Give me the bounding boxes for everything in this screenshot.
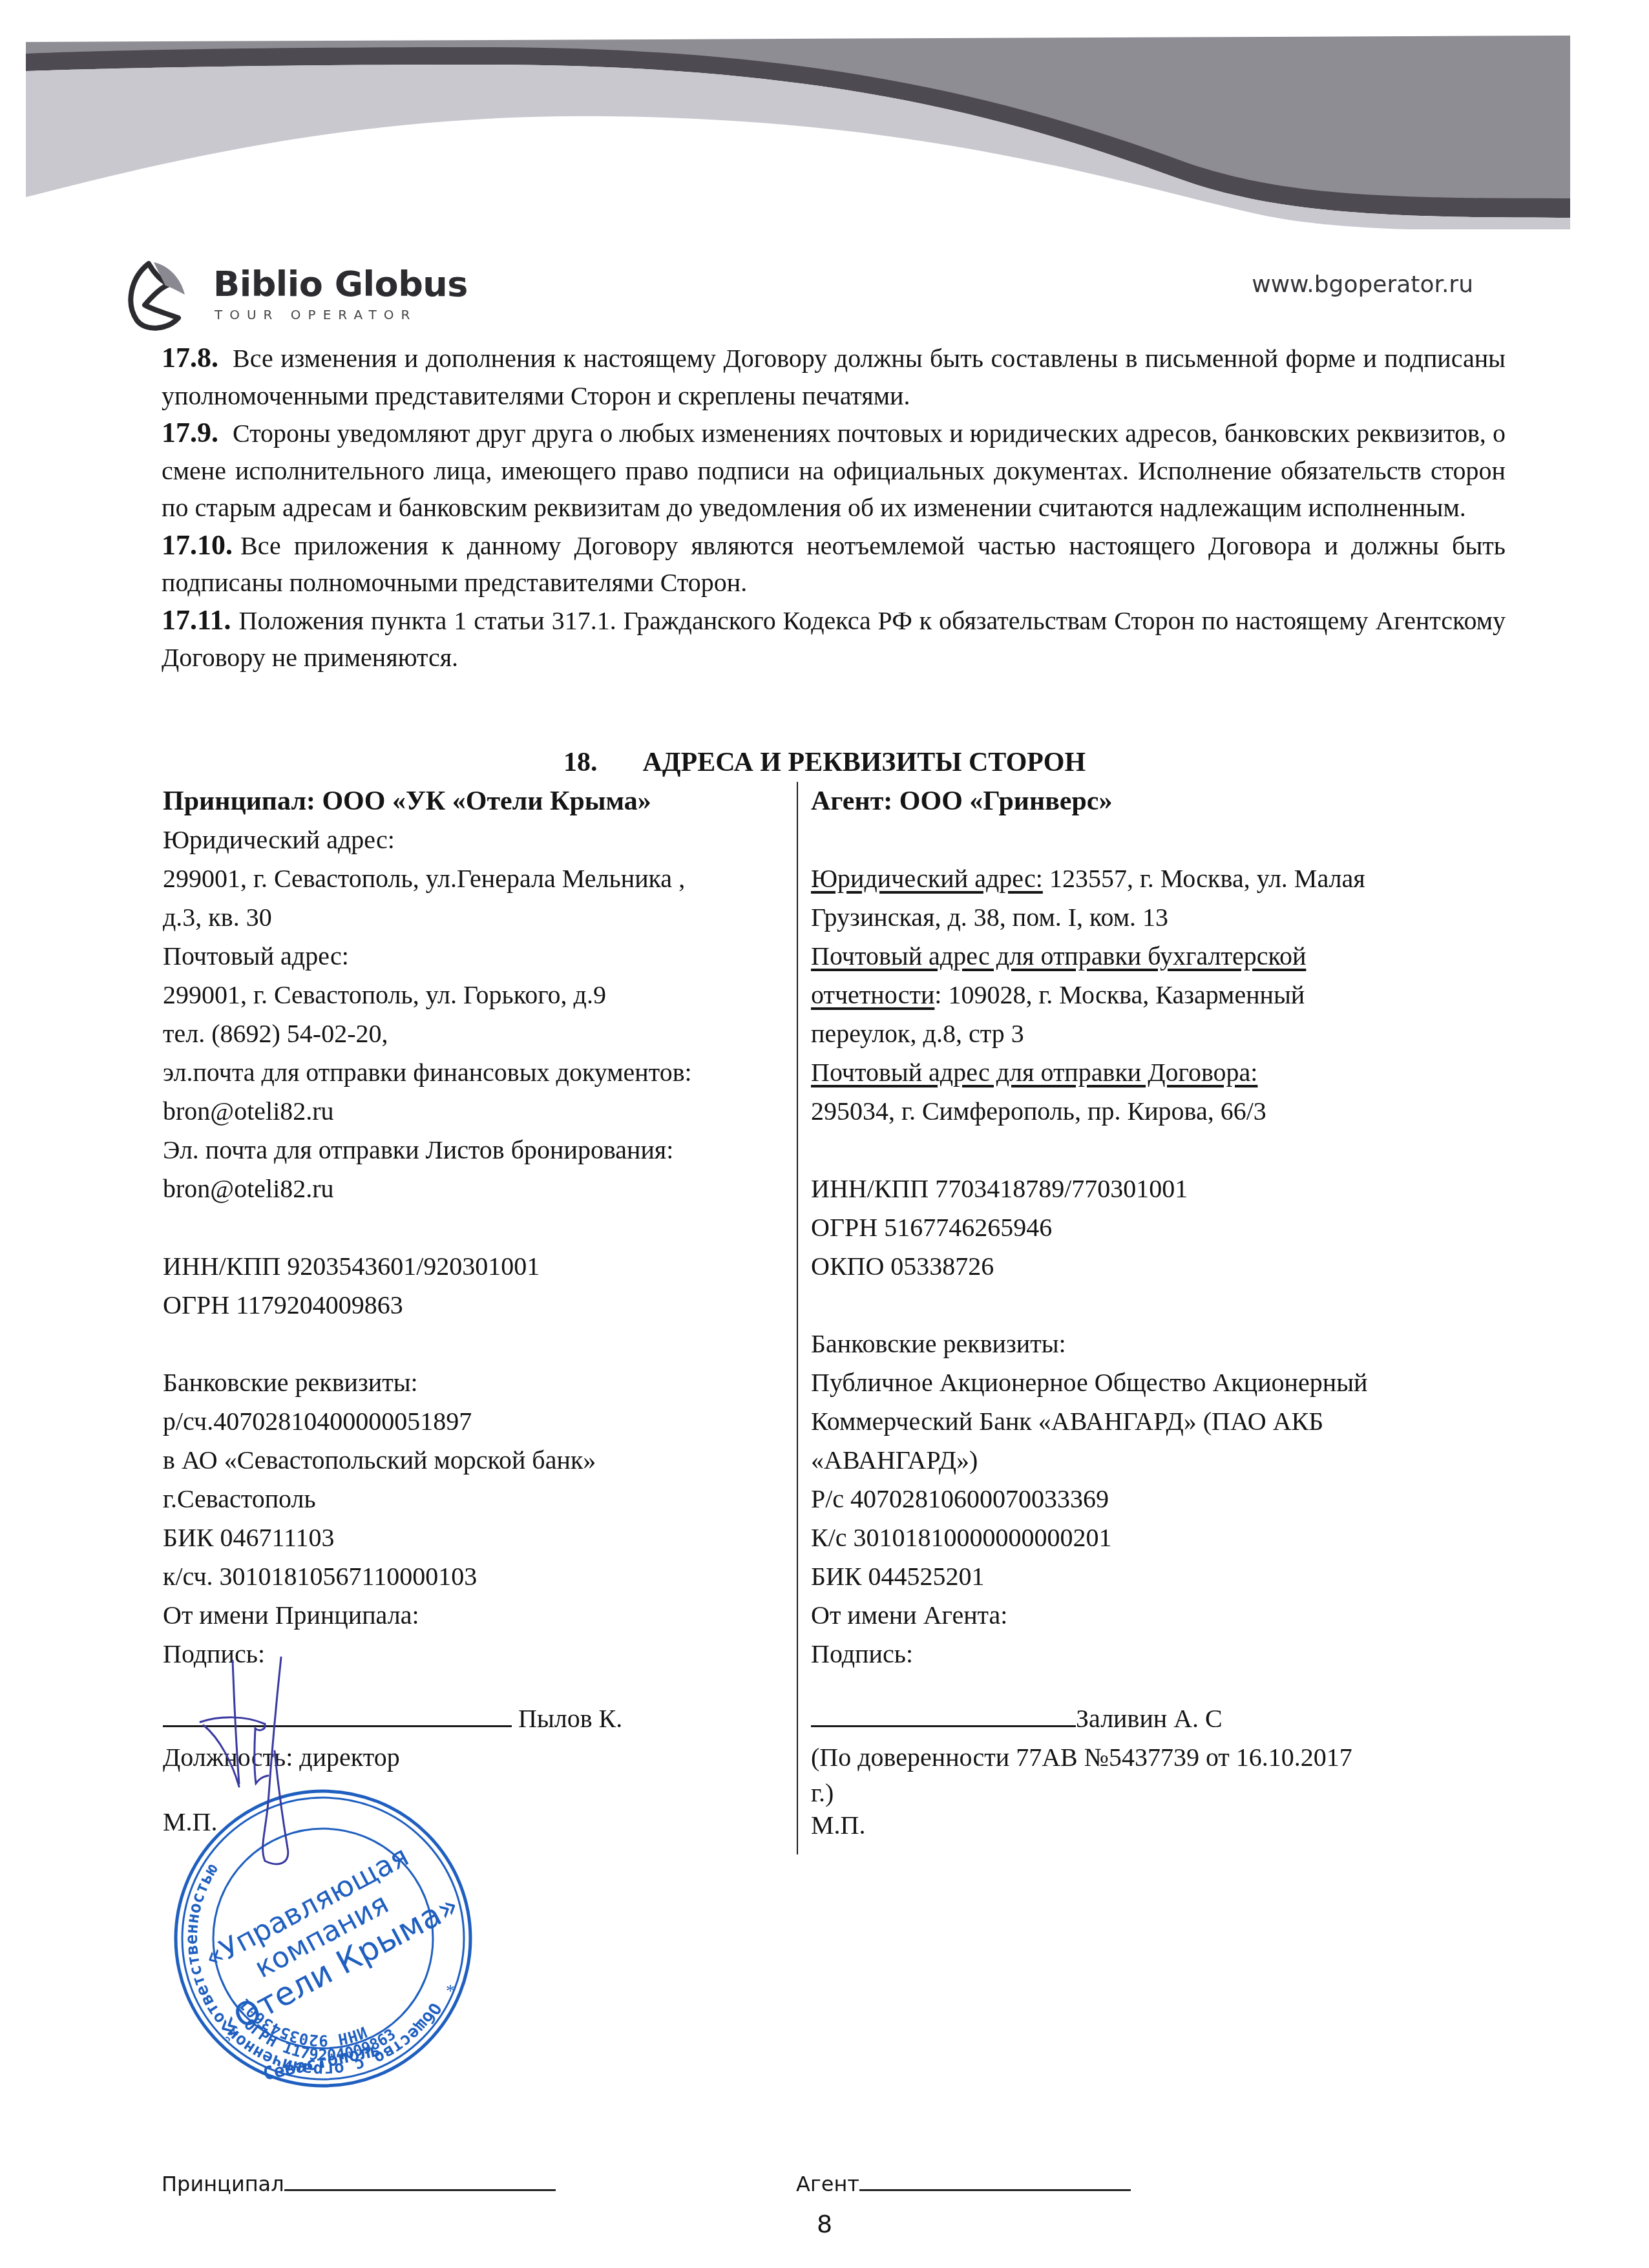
agent-heading: Агент: ООО «Гринверс» xyxy=(811,782,1509,821)
clause-text: Все приложения к данному Договору являют… xyxy=(162,531,1506,598)
footer-agent-initials: Агент xyxy=(796,2171,1131,2196)
principal-booking-email-label: Эл. почта для отправки Листов бронирован… xyxy=(163,1131,783,1170)
agent-legal-address-2: Грузинская, д. 38, пом. I, ком. 13 xyxy=(811,898,1509,937)
principal-legal-address-2: д.3, кв. 30 xyxy=(163,898,783,937)
stamp-star-icon: * xyxy=(446,1981,455,2001)
contract-clauses: 17.8.Все изменения и дополнения к настоя… xyxy=(162,339,1506,677)
principal-corr-account: к/сч. 30101810567110000103 xyxy=(163,1557,783,1596)
principal-ogrn: ОГРН 1179204009863 xyxy=(163,1286,783,1325)
clause-17-9: 17.9.Стороны уведомляют друг друга о люб… xyxy=(162,414,1506,527)
footer-agent-label: Агент xyxy=(796,2172,859,2196)
spacer xyxy=(163,1325,783,1363)
principal-inn-kpp: ИНН/КПП 9203543601/920301001 xyxy=(163,1247,783,1286)
clause-17-8: 17.8.Все изменения и дополнения к настоя… xyxy=(162,339,1506,414)
principal-bik: БИК 046711103 xyxy=(163,1518,783,1557)
agent-accounting-address-2: переулок, д.8, стр 3 xyxy=(811,1014,1509,1053)
agent-accounting-address-label-2: отчетности xyxy=(811,980,934,1009)
agent-bank-label: Банковские реквизиты: xyxy=(811,1325,1509,1363)
agent-power-of-attorney-2: г.) xyxy=(811,1777,1509,1809)
principal-bank-city: г.Севастополь xyxy=(163,1480,783,1518)
principal-heading: Принципал: ООО «УК «Отели Крыма» xyxy=(163,782,783,821)
clause-17-11: 17.11.Положения пункта 1 статьи 317.1. Г… xyxy=(162,602,1506,677)
agent-signature-label: Подпись: xyxy=(811,1635,1509,1674)
brand-subtitle: TOUR OPERATOR xyxy=(215,307,417,322)
agent-seal-label: М.П. xyxy=(811,1809,1509,1842)
agent-bik: БИК 044525201 xyxy=(811,1557,1509,1596)
brand-logo: Biblio Globus TOUR OPERATOR xyxy=(123,258,510,330)
section-title-text: АДРЕСА И РЕКВИЗИТЫ СТОРОН xyxy=(642,748,1086,777)
principal-handwritten-signature xyxy=(194,1654,323,1867)
principal-signer: Пылов К. xyxy=(518,1704,622,1733)
brand-name: Biblio Globus xyxy=(213,264,468,304)
spacer xyxy=(811,1131,1509,1170)
clause-text: Стороны уведомляют друг друга о любых из… xyxy=(162,419,1506,522)
biblio-globus-logo-icon xyxy=(123,258,187,333)
principal-phone: тел. (8692) 54-02-20, xyxy=(163,1014,783,1053)
principal-finance-email-label: эл.почта для отправки финансовых докумен… xyxy=(163,1053,783,1092)
principal-legal-address-label: Юридический адрес: xyxy=(163,821,783,859)
agent-bank-name-1: Публичное Акционерное Общество Акционерн… xyxy=(811,1363,1509,1402)
clause-text: Положения пункта 1 статьи 317.1. Граждан… xyxy=(162,606,1506,673)
principal-on-behalf: От имени Принципала: xyxy=(163,1596,783,1635)
principal-legal-address-1: 299001, г. Севастополь, ул.Генерала Мель… xyxy=(163,859,783,898)
principal-postal-address-label: Почтовый адрес: xyxy=(163,937,783,976)
agent-okpo: ОКПО 05338726 xyxy=(811,1247,1509,1286)
clause-number: 17.9. xyxy=(162,417,218,448)
clause-number: 17.11. xyxy=(162,604,231,636)
agent-legal-address-label: Юридический адрес: xyxy=(811,864,1043,893)
spacer xyxy=(163,1208,783,1247)
agent-legal-address-1: 123557, г. Москва, ул. Малая xyxy=(1043,864,1365,893)
agent-accounting-address-row: отчетности: 109028, г. Москва, Казарменн… xyxy=(811,976,1509,1014)
principal-bank-name: в АО «Севастопольский морской банк» xyxy=(163,1441,783,1480)
principal-booking-email[interactable]: bron@oteli82.ru xyxy=(163,1170,783,1208)
spacer xyxy=(811,1674,1509,1699)
agent-details: Агент: ООО «Гринверс» Юридический адрес:… xyxy=(811,782,1509,1842)
section-number: 18. xyxy=(563,748,598,777)
principal-finance-email[interactable]: bron@oteli82.ru xyxy=(163,1092,783,1131)
section-heading: 18.АДРЕСА И РЕКВИЗИТЫ СТОРОН xyxy=(0,747,1649,778)
page-number: 8 xyxy=(0,2210,1649,2238)
agent-ogrn: ОГРН 5167746265946 xyxy=(811,1208,1509,1247)
agent-accounting-address-label: Почтовый адрес для отправки бухгалтерско… xyxy=(811,937,1509,976)
header-banner xyxy=(26,36,1570,229)
agent-account: Р/с 40702810600070033369 xyxy=(811,1480,1509,1518)
footer-principal-line[interactable] xyxy=(284,2171,556,2191)
clause-text: Все изменения и дополнения к настоящему … xyxy=(162,344,1506,410)
agent-legal-address-row: Юридический адрес: 123557, г. Москва, ул… xyxy=(811,859,1509,898)
clause-number: 17.8. xyxy=(162,342,218,373)
agent-corr-account: К/с 30101810000000000201 xyxy=(811,1518,1509,1557)
clause-number: 17.10. xyxy=(162,529,233,561)
agent-bank-name-2: Коммерческий Банк «АВАНГАРД» (ПАО АКБ xyxy=(811,1402,1509,1441)
principal-bank-label: Банковские реквизиты: xyxy=(163,1363,783,1402)
agent-bank-name-3: «АВАНГАРД») xyxy=(811,1441,1509,1480)
agent-accounting-address-1: : 109028, г. Москва, Казарменный xyxy=(934,980,1305,1009)
agent-contract-address: 295034, г. Симферополь, пр. Кирова, 66/3 xyxy=(811,1092,1509,1131)
agent-signature-row: Заливин А. С xyxy=(811,1699,1509,1738)
column-divider xyxy=(797,782,798,1854)
spacer xyxy=(811,1286,1509,1325)
agent-inn-kpp: ИНН/КПП 7703418789/770301001 xyxy=(811,1170,1509,1208)
spacer xyxy=(811,821,1509,859)
agent-power-of-attorney-1: (По доверенности 77АВ №5437739 от 16.10.… xyxy=(811,1738,1509,1777)
footer-principal-label: Принципал xyxy=(162,2172,284,2196)
principal-account: р/сч.40702810400000051897 xyxy=(163,1402,783,1441)
agent-signer: Заливин А. С xyxy=(1076,1704,1223,1733)
stamp-star-icon: * xyxy=(229,2026,238,2046)
agent-contract-address-label: Почтовый адрес для отправки Договора: xyxy=(811,1053,1509,1092)
agent-on-behalf: От имени Агента: xyxy=(811,1596,1509,1635)
agent-signature-line[interactable] xyxy=(811,1705,1076,1727)
footer-agent-line[interactable] xyxy=(859,2171,1131,2191)
footer-principal-initials: Принципал xyxy=(162,2171,556,2196)
website-link[interactable]: www.bgoperator.ru xyxy=(1252,271,1473,298)
clause-17-10: 17.10.Все приложения к данному Договору … xyxy=(162,527,1506,602)
principal-postal-address: 299001, г. Севастополь, ул. Горького, д.… xyxy=(163,976,783,1014)
